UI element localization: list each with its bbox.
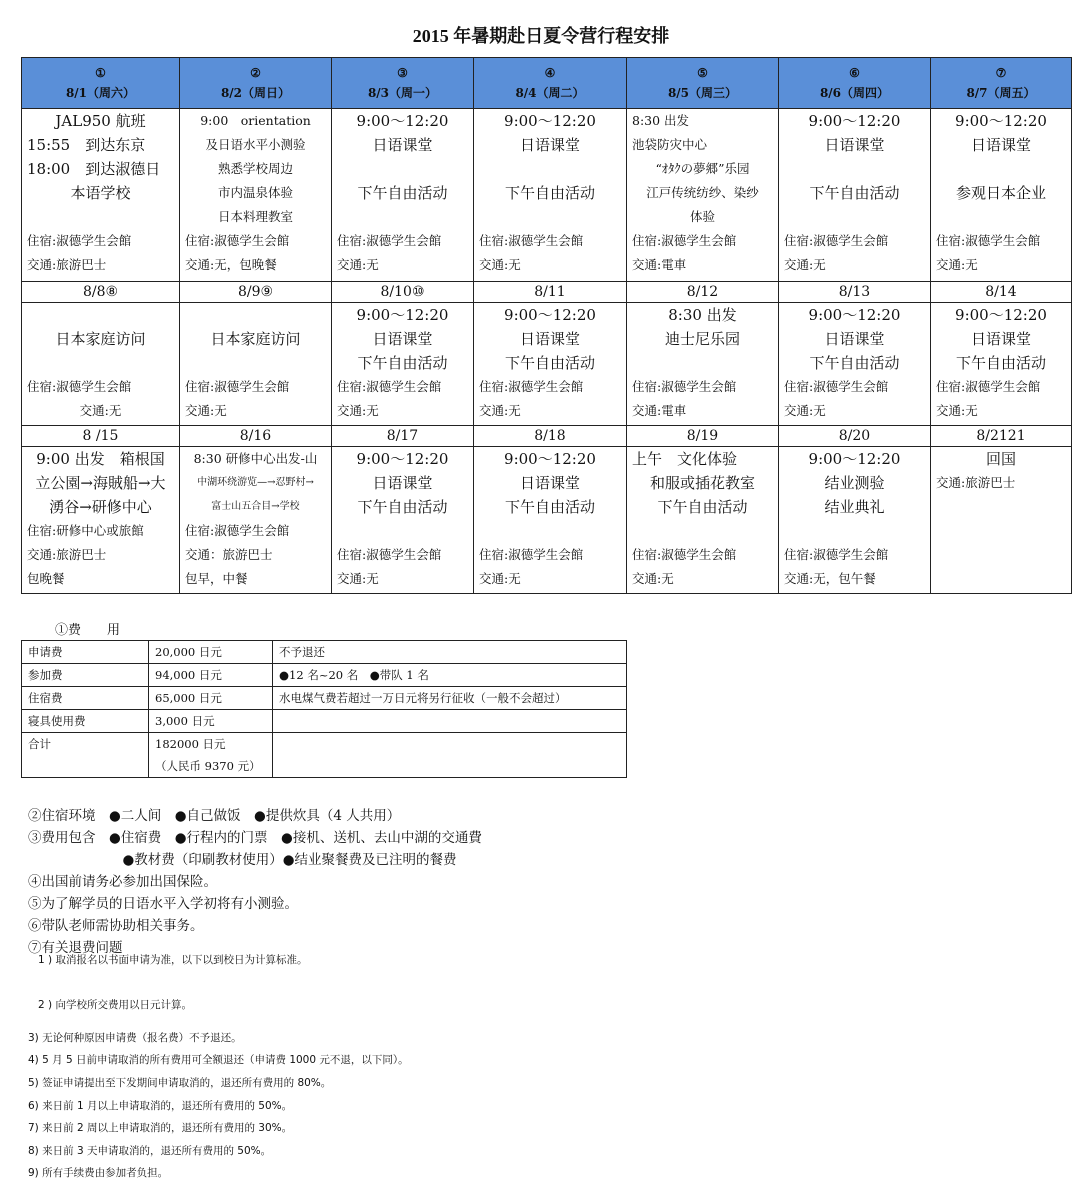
day-date: 8/8⑧	[22, 282, 180, 303]
day-date: 8/16	[180, 426, 332, 447]
day-date: 8 /15	[22, 426, 180, 447]
day-cell: 上午 文化体验和服或插花教室下午自由活动 住宿:淑德学生会館交通:无	[627, 447, 779, 594]
activity-line: 日本家庭访问	[185, 327, 326, 351]
activity-line: 9:00～12:20	[936, 109, 1066, 133]
transport-text: 交通:電車	[632, 253, 773, 277]
activity-line: 立公園→海賊船→大	[27, 471, 174, 495]
refund-item: 5) 签证申请提出至下发期间申请取消的，退还所有费用的 80%。	[28, 1075, 331, 1090]
fee-amount-value: 3,000 日元	[155, 710, 266, 732]
info-line: 交通:无，包午餐	[784, 567, 925, 591]
activity-line: 池袋防灾中心	[632, 133, 773, 157]
lodging-text: 住宿:淑德学生会館	[27, 229, 174, 253]
fee-amount: 182000 日元（人民币 9370 元）	[149, 733, 273, 778]
day-cell: 日本家庭访问 住宿:淑德学生会館交通:无	[22, 303, 180, 426]
transport-text: 交通:无	[784, 399, 925, 423]
transport-text: 交通:无，包晚餐	[185, 253, 326, 277]
day-cell: 9:00～12:20结业测验结业典礼 住宿:淑德学生会館交通:无，包午餐	[779, 447, 931, 594]
day-date: 8/10⑩	[332, 282, 474, 303]
day-header: ⑥8/6（周四）	[779, 58, 931, 109]
transport-text: 交通:旅游巴士	[27, 253, 174, 277]
schedule-row: 日本家庭访问 住宿:淑德学生会館交通:无 日本家庭访问 住宿:淑德学生会館交通:…	[22, 303, 1072, 426]
refund-item: 2 ) 向学校所交费用以日元计算。	[38, 997, 192, 1012]
day-number: ④	[476, 63, 624, 83]
info-line: 住宿:淑德学生会館	[632, 543, 773, 567]
activity-line: 下午自由活动	[632, 495, 773, 519]
refund-item: 6) 来日前 1 月以上申请取消的，退还所有费用的 50%。	[28, 1098, 292, 1113]
lodging-text: 住宿:淑德学生会館	[27, 375, 174, 399]
spacer	[784, 205, 925, 229]
day-cell: 8:30 研修中心出发-山中湖环绕游览—→忍野村→富士山五合目→学校住宿:淑德学…	[180, 447, 332, 594]
day-cell: 9:00～12:20日语课堂下午自由活动 住宿:淑德学生会館交通:无	[474, 447, 627, 594]
info-line: 住宿:淑德学生会館	[337, 543, 468, 567]
info-line: 住宿:淑德学生会館	[784, 543, 925, 567]
refund-item: 3) 无论何种原因申请费（报名费）不予退还。	[28, 1030, 242, 1045]
fee-item: 参加费	[22, 664, 149, 687]
info-line: 交通:无	[632, 567, 773, 591]
activity-line: 下午自由活动	[479, 351, 621, 375]
activity-line	[784, 157, 925, 181]
activity-line: 下午自由活动	[479, 181, 621, 205]
fee-item: 申请费	[22, 641, 149, 664]
lodging-text: 住宿:淑德学生会館	[784, 229, 925, 253]
activity-line: 9:00～12:20	[337, 447, 468, 471]
refund-item: 4) 5 月 5 日前申请取消的所有费用可全额退还（申请费 1000 元不退，以…	[28, 1052, 409, 1067]
activity-line: 9:00 orientation	[185, 109, 326, 133]
note-line: ④出国前请务必参加出国保险。	[28, 871, 482, 893]
activity-line: 和服或插花教室	[632, 471, 773, 495]
fee-item: 住宿费	[22, 687, 149, 710]
activity-line: 9:00～12:20	[337, 109, 468, 133]
day-header: ⑤8/5（周三）	[627, 58, 779, 109]
day-cell: 回国交通:旅游巴士	[931, 447, 1072, 594]
day-date: 8/17	[332, 426, 474, 447]
day-number: ②	[182, 63, 329, 83]
schedule-row: JAL950 航班15:55 到达东京18:00 到达淑德日本语学校 住宿:淑德…	[22, 109, 1072, 282]
activity-line: 迪士尼乐园	[632, 327, 773, 351]
day-cell: 9:00～12:20日语课堂下午自由活动 住宿:淑德学生会館交通:无	[332, 447, 474, 594]
activity-line: 下午自由活动	[337, 351, 468, 375]
activity-line: 市内温泉体验	[185, 181, 326, 205]
day-date: 8/9⑨	[180, 282, 332, 303]
activity-line: 及日语水平小测验	[185, 133, 326, 157]
day-cell: 9:00～12:20日语课堂 参观日本企业 住宿:淑德学生会館交通:无	[931, 109, 1072, 282]
activity-line: 结业测验	[784, 471, 925, 495]
info-line: 住宿:淑德学生会館	[185, 519, 326, 543]
refund-item: 1 ) 取消报名以书面申请为准，以下以到校日为计算标准。	[38, 952, 307, 967]
fee-amount: 3,000 日元	[149, 710, 273, 733]
activity-line	[185, 303, 326, 327]
day-date: 8/2（周日）	[182, 83, 329, 103]
itinerary-table: ①8/1（周六）②8/2（周日）③8/3（周一）④8/4（周二）⑤8/5（周三）…	[21, 57, 1072, 594]
info-line: 交通:无	[479, 567, 621, 591]
day-cell: 9:00 orientation及日语水平小测验熟悉学校周边市内温泉体验日本料理…	[180, 109, 332, 282]
day-cell: 8:30 出发池袋防灾中心“ｵﾀｸの夢郷”乐园江戸传统纺纱、染纱体验住宿:淑德学…	[627, 109, 779, 282]
lodging-text: 住宿:淑德学生会館	[784, 375, 925, 399]
day-cell: 9:00～12:20日语课堂 下午自由活动 住宿:淑德学生会館交通:无	[474, 109, 627, 282]
fees-table: 申请费20,000 日元不予退还参加费94,000 日元●12 名~20 名 ●…	[21, 640, 627, 778]
day-date: 8/11	[474, 282, 627, 303]
refund-item: 9) 所有手续费由参加者负担。	[28, 1165, 168, 1180]
info-line	[632, 519, 773, 543]
activity-line	[936, 157, 1066, 181]
day-header: ④8/4（周二）	[474, 58, 627, 109]
refund-item: 8) 来日前 3 天申请取消的，退还所有费用的 50%。	[28, 1143, 271, 1158]
spacer	[936, 205, 1066, 229]
day-number: ⑦	[933, 63, 1069, 83]
day-date: 8/19	[627, 426, 779, 447]
info-line: 住宿:研修中心或旅館	[27, 519, 174, 543]
activity-line: 回国	[936, 447, 1066, 471]
transport-text: 交通:无	[185, 399, 326, 423]
info-line	[479, 519, 621, 543]
spacer	[27, 205, 174, 229]
spacer	[479, 205, 621, 229]
spacer	[337, 205, 468, 229]
transport-text: 交通:无	[27, 399, 174, 423]
fee-amount-value: 65,000 日元	[155, 687, 266, 709]
day-header: ⑦8/7（周五）	[931, 58, 1072, 109]
activity-line: 9:00～12:20	[337, 303, 468, 327]
info-line: 包早，中餐	[185, 567, 326, 591]
fee-row: 寝具使用费3,000 日元	[22, 710, 627, 733]
activity-line: 熟悉学校周边	[185, 157, 326, 181]
activity-line: 日本料理教室	[185, 205, 326, 229]
day-date: 8/5（周三）	[629, 83, 776, 103]
day-number: ⑤	[629, 63, 776, 83]
activity-line: 日语课堂	[337, 471, 468, 495]
day-date: 8/20	[779, 426, 931, 447]
day-date: 8/6（周四）	[781, 83, 928, 103]
activity-line: 富士山五合目→学校	[185, 495, 326, 519]
activity-line: 本语学校	[27, 181, 174, 205]
note-line: ⑤为了解学员的日语水平入学初将有小测验。	[28, 893, 482, 915]
activity-line: 参观日本企业	[936, 181, 1066, 205]
info-line: 包晚餐	[27, 567, 174, 591]
activity-line	[27, 303, 174, 327]
day-cell: 9:00～12:20日语课堂 下午自由活动 住宿:淑德学生会館交通:无	[779, 109, 931, 282]
day-header: ②8/2（周日）	[180, 58, 332, 109]
fee-row: 合计182000 日元（人民币 9370 元）	[22, 733, 627, 778]
info-line: 交通:旅游巴士	[936, 471, 1066, 495]
day-header: ①8/1（周六）	[22, 58, 180, 109]
day-number: ⑥	[781, 63, 928, 83]
lodging-text: 住宿:淑德学生会館	[337, 375, 468, 399]
day-date: 8/1（周六）	[24, 83, 177, 103]
fee-item: 合计	[22, 733, 149, 778]
note-line: ●教材费（印刷教材使用）●结业聚餐费及已注明的餐费	[28, 849, 482, 871]
day-date: 8/13	[779, 282, 931, 303]
schedule-row: 9:00 出发 箱根国立公園→海賊船→大湧谷→研修中心住宿:研修中心或旅館交通:…	[22, 447, 1072, 594]
activity-line: 下午自由活动	[337, 495, 468, 519]
note-line: ⑥带队老师需协助相关事务。	[28, 915, 482, 937]
fee-row: 申请费20,000 日元不予退还	[22, 641, 627, 664]
activity-line: 日语课堂	[479, 327, 621, 351]
day-date: 8/12	[627, 282, 779, 303]
day-header: ③8/3（周一）	[332, 58, 474, 109]
lodging-text: 住宿:淑德学生会館	[479, 229, 621, 253]
note-line: ③费用包含 ●住宿费 ●行程内的门票 ●接机、送机、去山中湖的交通費	[28, 827, 482, 849]
fee-item: 寝具使用费	[22, 710, 149, 733]
fee-amount: 94,000 日元	[149, 664, 273, 687]
info-line: 交通:旅游巴士	[27, 543, 174, 567]
lodging-text: 住宿:淑德学生会館	[185, 375, 326, 399]
spacer	[185, 351, 326, 375]
day-cell: 8:30 出发迪士尼乐园 住宿:淑德学生会館交通:電車	[627, 303, 779, 426]
lodging-text: 住宿:淑德学生会館	[479, 375, 621, 399]
day-date: 8/2121	[931, 426, 1072, 447]
info-line: 交通:无	[337, 567, 468, 591]
activity-line: 日语课堂	[337, 327, 468, 351]
fee-amount-value: 94,000 日元	[155, 664, 266, 686]
activity-line: 9:00～12:20	[479, 303, 621, 327]
transport-text: 交通:无	[337, 399, 468, 423]
activity-line: 下午自由活动	[479, 495, 621, 519]
fee-note: 水电煤气费若超过一万日元将另行征收（一般不会超过）	[273, 687, 627, 710]
lodging-text: 住宿:淑德学生会館	[936, 229, 1066, 253]
activity-line: 8:30 出发	[632, 303, 773, 327]
note-line: ②住宿环境 ●二人间 ●自己做饭 ●提供炊具（4 人共用）	[28, 805, 482, 827]
activity-line: 日语课堂	[784, 133, 925, 157]
activity-line: 日语课堂	[337, 133, 468, 157]
day-date: 8/3（周一）	[334, 83, 471, 103]
day-cell: 9:00～12:20日语课堂下午自由活动住宿:淑德学生会館交通:无	[474, 303, 627, 426]
lodging-text: 住宿:淑德学生会館	[632, 375, 773, 399]
activity-line: JAL950 航班	[27, 109, 174, 133]
day-date: 8/7（周五）	[933, 83, 1069, 103]
info-line: 交通：旅游巴士	[185, 543, 326, 567]
activity-line	[337, 157, 468, 181]
activity-line: 体验	[632, 205, 773, 229]
activity-line: 结业典礼	[784, 495, 925, 519]
day-cell: 9:00～12:20日语课堂下午自由活动住宿:淑德学生会館交通:无	[931, 303, 1072, 426]
activity-line: 日语课堂	[784, 327, 925, 351]
activity-line: 下午自由活动	[337, 181, 468, 205]
transport-text: 交通:无	[936, 253, 1066, 277]
day-cell: 9:00～12:20日语课堂 下午自由活动 住宿:淑德学生会館交通:无	[332, 109, 474, 282]
fee-row: 住宿费65,000 日元水电煤气费若超过一万日元将另行征收（一般不会超过）	[22, 687, 627, 710]
activity-line: 下午自由活动	[784, 351, 925, 375]
day-cell: 9:00～12:20日语课堂下午自由活动住宿:淑德学生会館交通:无	[779, 303, 931, 426]
notes-list: ②住宿环境 ●二人间 ●自己做饭 ●提供炊具（4 人共用）③费用包含 ●住宿费 …	[28, 805, 482, 959]
activity-line: 18:00 到达淑德日	[27, 157, 174, 181]
header-row: ①8/1（周六）②8/2（周日）③8/3（周一）④8/4（周二）⑤8/5（周三）…	[22, 58, 1072, 109]
day-date: 8/4（周二）	[476, 83, 624, 103]
spacer	[27, 351, 174, 375]
activity-line: 日语课堂	[936, 133, 1066, 157]
activity-line: 9:00～12:20	[936, 303, 1066, 327]
fee-note	[273, 733, 627, 778]
info-line	[337, 519, 468, 543]
date-row: 8 /158/168/178/188/198/208/2121	[22, 426, 1072, 447]
activity-line: 9:00～12:20	[479, 447, 621, 471]
day-cell: 9:00～12:20日语课堂下午自由活动住宿:淑德学生会館交通:无	[332, 303, 474, 426]
transport-text: 交通:无	[337, 253, 468, 277]
info-line	[784, 519, 925, 543]
fee-amount: 20,000 日元	[149, 641, 273, 664]
date-row: 8/8⑧8/9⑨8/10⑩8/118/128/138/14	[22, 282, 1072, 303]
refund-item: 7) 来日前 2 周以上申请取消的，退还所有费用的 30%。	[28, 1120, 292, 1135]
fee-amount-value: 20,000 日元	[155, 641, 266, 663]
activity-line: 中湖环绕游览—→忍野村→	[185, 471, 326, 495]
day-cell: 日本家庭访问 住宿:淑德学生会館交通:无	[180, 303, 332, 426]
activity-line: 8:30 研修中心出发-山	[185, 447, 326, 471]
transport-text: 交通:无	[479, 253, 621, 277]
activity-line: 9:00～12:20	[784, 109, 925, 133]
activity-line: 9:00 出发 箱根国	[27, 447, 174, 471]
activity-line: 下午自由活动	[784, 181, 925, 205]
activity-line: 15:55 到达东京	[27, 133, 174, 157]
fee-note: 不予退还	[273, 641, 627, 664]
activity-line: 江戸传统纺纱、染纱	[632, 181, 773, 205]
activity-line	[479, 157, 621, 181]
activity-line: 上午 文化体验	[632, 447, 773, 471]
day-date: 8/14	[931, 282, 1072, 303]
info-line: 住宿:淑德学生会館	[479, 543, 621, 567]
fee-amount: 65,000 日元	[149, 687, 273, 710]
fee-note: ●12 名~20 名 ●带队 1 名	[273, 664, 627, 687]
fee-amount-value: 182000 日元	[155, 733, 266, 755]
activity-line: 日本家庭访问	[27, 327, 174, 351]
activity-line: 湧谷→研修中心	[27, 495, 174, 519]
activity-line: 8:30 出发	[632, 109, 773, 133]
day-number: ③	[334, 63, 471, 83]
lodging-text: 住宿:淑德学生会館	[337, 229, 468, 253]
activity-line: 下午自由活动	[936, 351, 1066, 375]
fee-note	[273, 710, 627, 733]
activity-line: 9:00～12:20	[784, 303, 925, 327]
activity-line: “ｵﾀｸの夢郷”乐园	[632, 157, 773, 181]
transport-text: 交通:无	[479, 399, 621, 423]
activity-line: 日语课堂	[479, 471, 621, 495]
fee-row: 参加费94,000 日元●12 名~20 名 ●带队 1 名	[22, 664, 627, 687]
page-title: 2015 年暑期赴日夏令营行程安排	[0, 22, 1082, 48]
activity-line: 日语课堂	[936, 327, 1066, 351]
day-cell: 9:00 出发 箱根国立公園→海賊船→大湧谷→研修中心住宿:研修中心或旅館交通:…	[22, 447, 180, 594]
fees-heading: ①费 用	[55, 619, 120, 638]
transport-text: 交通:電車	[632, 399, 773, 423]
lodging-text: 住宿:淑德学生会館	[632, 229, 773, 253]
day-number: ①	[24, 63, 177, 83]
spacer	[632, 351, 773, 375]
activity-line: 9:00～12:20	[784, 447, 925, 471]
day-date: 8/18	[474, 426, 627, 447]
transport-text: 交通:无	[936, 399, 1066, 423]
activity-line: 日语课堂	[479, 133, 621, 157]
activity-line: 9:00～12:20	[479, 109, 621, 133]
lodging-text: 住宿:淑德学生会館	[936, 375, 1066, 399]
transport-text: 交通:无	[784, 253, 925, 277]
fee-amount-rmb: （人民币 9370 元）	[155, 755, 266, 777]
day-cell: JAL950 航班15:55 到达东京18:00 到达淑德日本语学校 住宿:淑德…	[22, 109, 180, 282]
lodging-text: 住宿:淑德学生会館	[185, 229, 326, 253]
